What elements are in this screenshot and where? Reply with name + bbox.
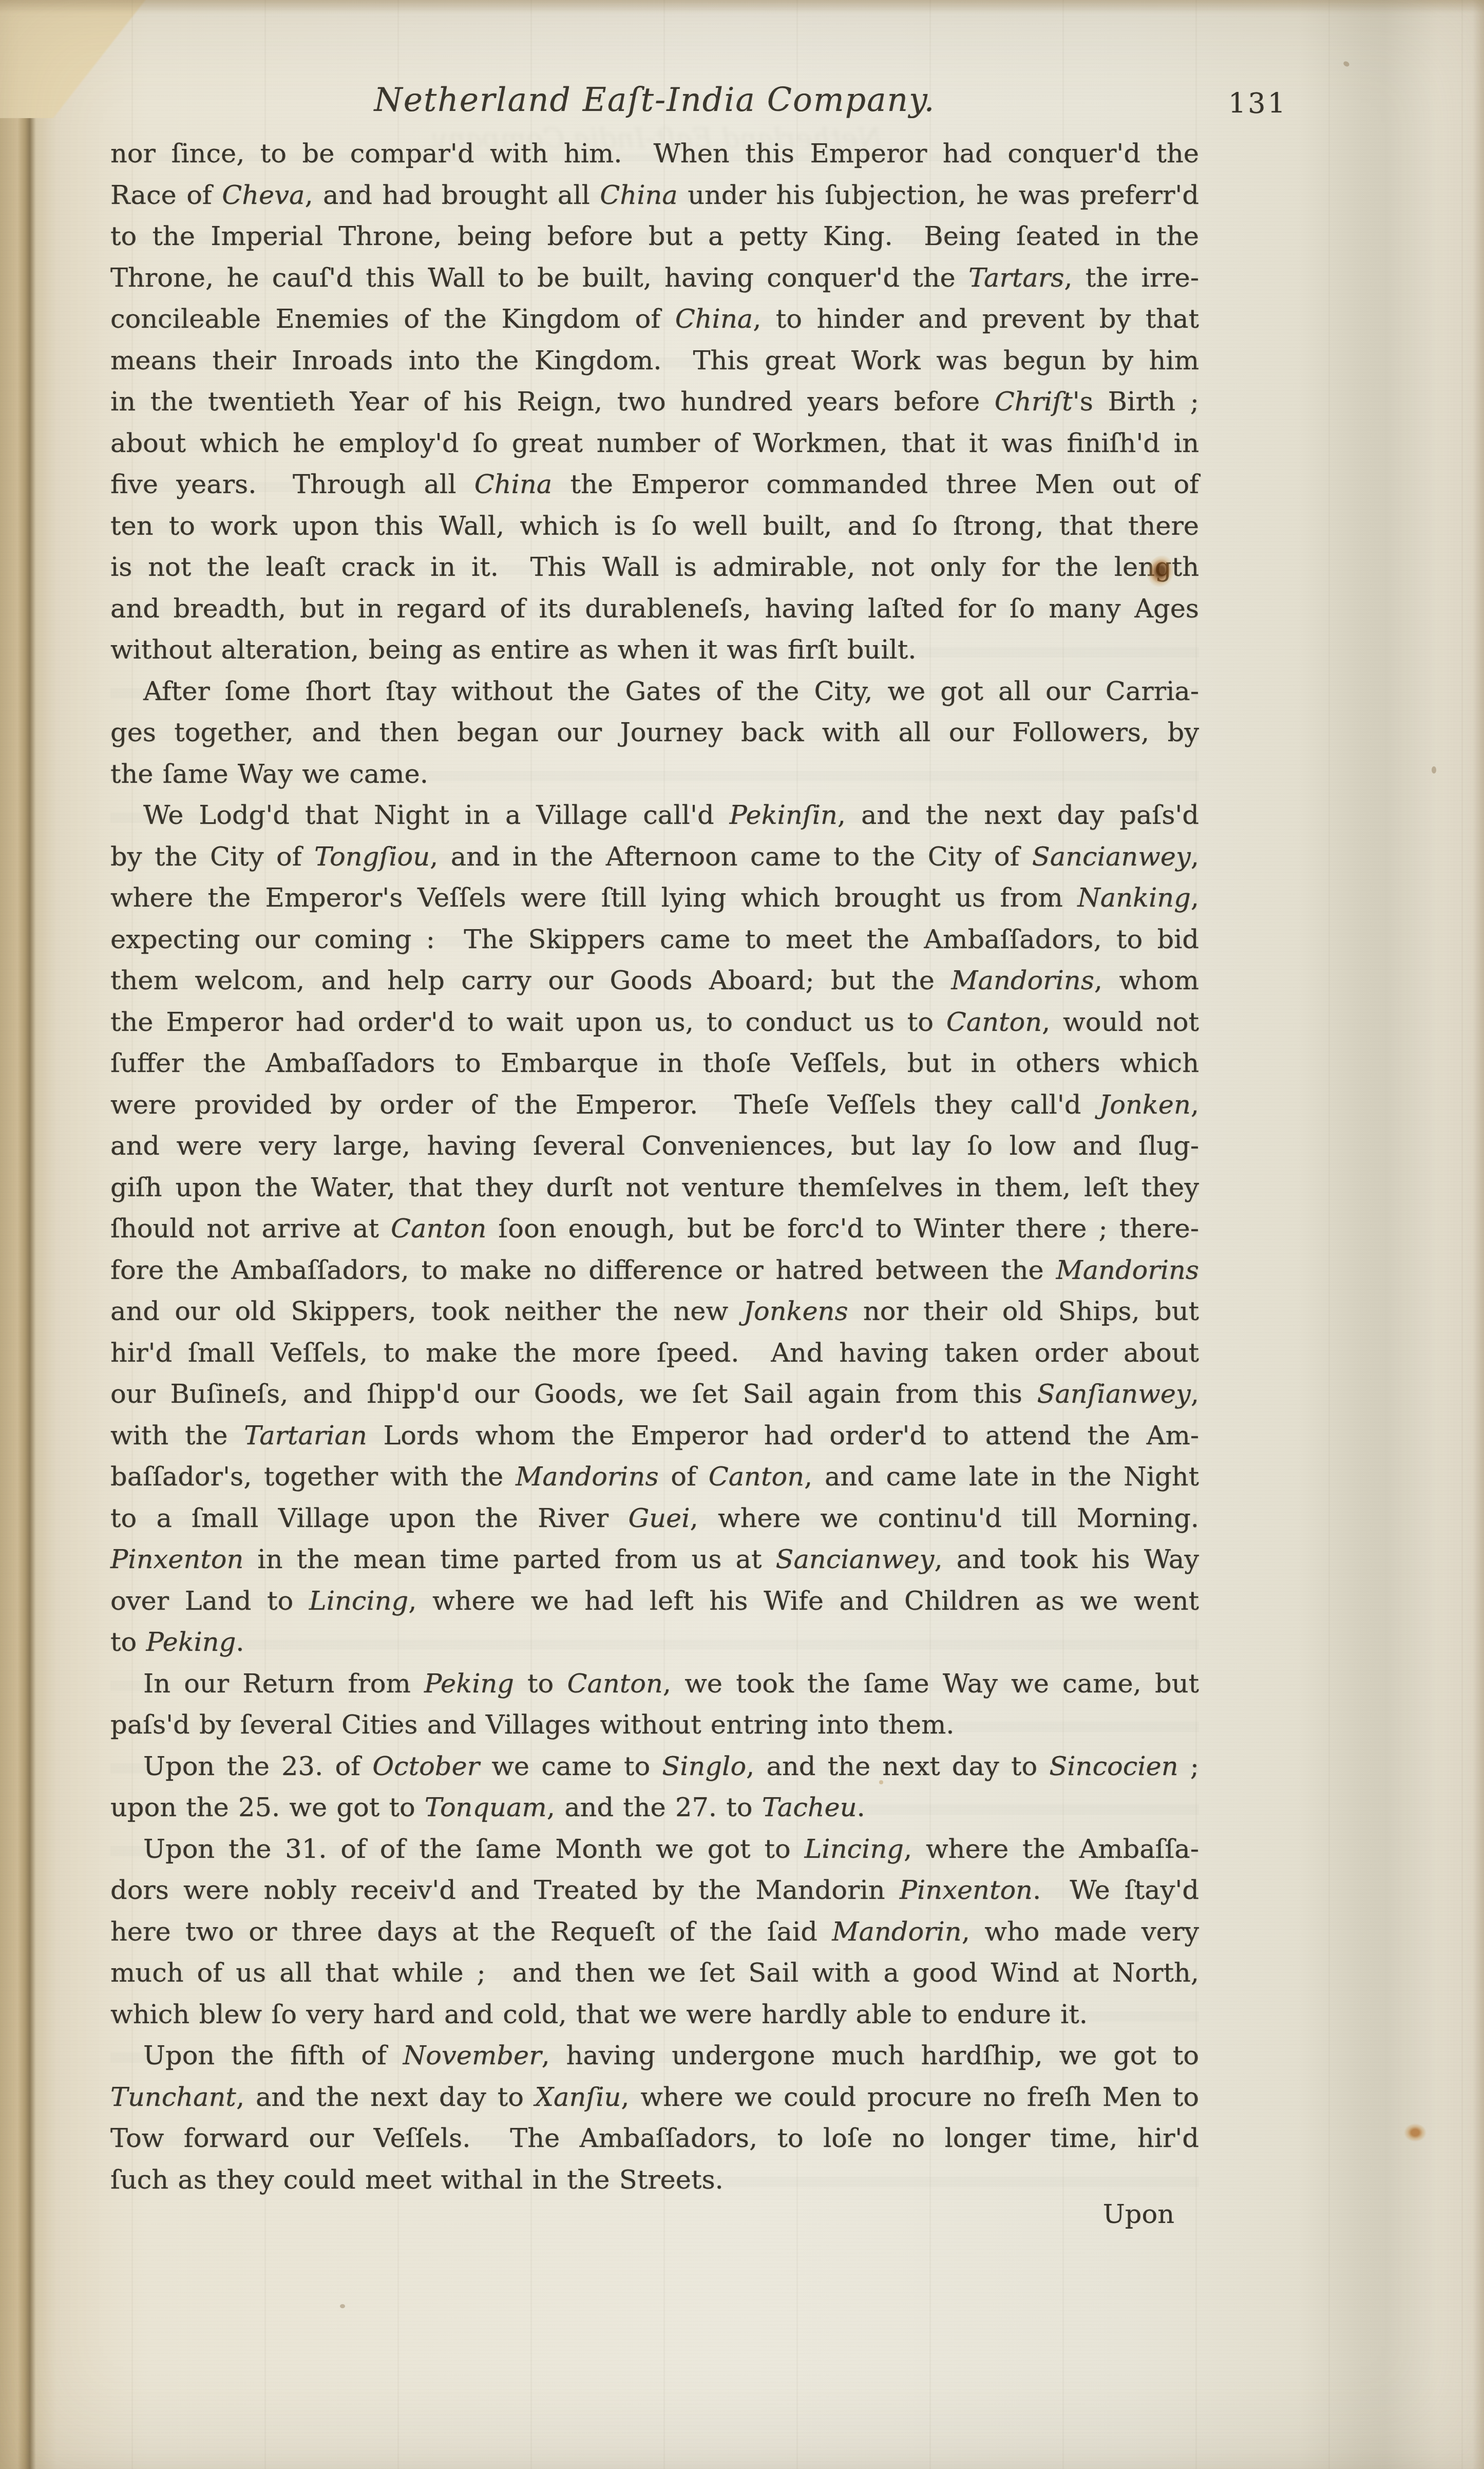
italic-text-segment: Guei bbox=[628, 1503, 690, 1534]
text-line: giſh upon the Water, that they durſt not… bbox=[110, 1167, 1199, 1209]
text-line: about which he employ'd ſo great number … bbox=[110, 423, 1199, 465]
text-line: and were very large, having ſeveral Conv… bbox=[110, 1126, 1199, 1167]
text-segment: means their Inroads into the Kingdom. Th… bbox=[110, 346, 1199, 376]
text-line: to Peking. bbox=[110, 1622, 1199, 1664]
text-line: Race of Cheva, and had brought all China… bbox=[110, 175, 1199, 217]
text-line: concileable Enemies of the Kingdom of Ch… bbox=[110, 299, 1199, 341]
italic-text-segment: Mandorins bbox=[516, 1462, 659, 1492]
text-segment: expecting our coming : The Skippers came… bbox=[110, 925, 1199, 955]
text-line: and our old Skippers, took neither the n… bbox=[110, 1291, 1199, 1333]
text-segment: ſhould not arrive at bbox=[110, 1214, 391, 1244]
italic-text-segment: Singlo bbox=[662, 1751, 746, 1782]
italic-text-segment: Sincocien bbox=[1049, 1751, 1178, 1782]
text-segment: fore the Ambaſſadors, to make no differe… bbox=[110, 1255, 1056, 1286]
text-segment: ten to work upon this Wall, which is ſo … bbox=[110, 511, 1199, 541]
text-segment: , and in the Afternoon came to the City … bbox=[430, 842, 1032, 872]
italic-text-segment: Peking bbox=[146, 1627, 236, 1657]
text-line: Pinxenton in the mean time parted from u… bbox=[110, 1539, 1199, 1581]
text-segment: , where we continu'd till Morning. bbox=[690, 1503, 1199, 1534]
italic-text-segment: Mandorins bbox=[951, 966, 1094, 996]
text-segment: , bbox=[1191, 842, 1199, 872]
text-line: which blew ſo very hard and cold, that w… bbox=[110, 1994, 1199, 2036]
text-segment: ges together, and then began our Journey… bbox=[110, 718, 1199, 748]
book-page-scan: Netherland Eaſt-India Company. Netherlan… bbox=[0, 0, 1484, 2469]
text-segment: to a ſmall Village upon the River bbox=[110, 1503, 628, 1534]
text-segment: nor ſince, to be compar'd with him. When… bbox=[110, 139, 1199, 169]
text-segment: paſs'd by ſeveral Cities and Villages wi… bbox=[110, 1710, 954, 1740]
text-segment: Lords whom the Emperor had order'd to at… bbox=[367, 1421, 1199, 1451]
italic-text-segment: Peking bbox=[424, 1669, 514, 1699]
italic-text-segment: Jonken bbox=[1099, 1090, 1191, 1120]
italic-text-segment: Pekinſin bbox=[730, 800, 838, 831]
text-line: much of us all that while ; and then we … bbox=[110, 1953, 1199, 1994]
text-segment: Upon the fifth of bbox=[143, 2041, 403, 2071]
text-line: Throne, he cauſ'd this Wall to be built,… bbox=[110, 258, 1199, 299]
text-segment: 's Birth ; bbox=[1073, 387, 1199, 417]
text-line: expecting our coming : The Skippers came… bbox=[110, 919, 1199, 961]
text-segment: nor their old Ships, but bbox=[848, 1296, 1199, 1327]
page-edge-left bbox=[0, 0, 56, 2469]
text-line: by the City of Tongſiou, and in the Afte… bbox=[110, 837, 1199, 878]
text-line: Upon the fifth of November, having under… bbox=[110, 2035, 1199, 2077]
text-segment: , to hinder and prevent by that bbox=[753, 304, 1199, 334]
text-segment: baſſador's, together with the bbox=[110, 1462, 516, 1492]
italic-text-segment: November bbox=[403, 2041, 542, 2071]
text-segment: five years. Through all bbox=[110, 469, 474, 500]
text-segment: Upon the 31. of of the ſame Month we got… bbox=[143, 1834, 804, 1864]
text-segment: ; bbox=[1178, 1751, 1199, 1782]
text-segment: , whom bbox=[1094, 966, 1199, 996]
text-line: ſhould not arrive at Canton ſoon enough,… bbox=[110, 1209, 1199, 1250]
paper-speck bbox=[1343, 61, 1350, 68]
text-segment: upon the 25. we got to bbox=[110, 1793, 425, 1823]
text-line: them welcom, and help carry our Goods Ab… bbox=[110, 960, 1199, 1002]
italic-text-segment: China bbox=[600, 180, 677, 211]
text-segment: Upon the 23. of bbox=[143, 1751, 372, 1782]
italic-text-segment: Tunchant bbox=[110, 2082, 236, 2113]
italic-text-segment: Tacheu bbox=[762, 1793, 857, 1823]
text-segment: , and the next day to bbox=[236, 2082, 535, 2113]
text-segment: dors were nobly receiv'd and Treated by … bbox=[110, 1875, 900, 1906]
text-segment: concileable Enemies of the Kingdom of bbox=[110, 304, 675, 334]
text-segment: In our Return from bbox=[143, 1669, 424, 1699]
text-line: the Emperor had order'd to wait upon us,… bbox=[110, 1002, 1199, 1044]
text-segment: , and had brought all bbox=[305, 180, 600, 211]
page-number: 131 bbox=[1228, 87, 1287, 120]
text-line: in the twentieth Year of his Reign, two … bbox=[110, 382, 1199, 423]
text-segment: , and took his Way bbox=[934, 1544, 1199, 1575]
text-segment: ſuffer the Ambaſſadors to Embarque in th… bbox=[110, 1048, 1199, 1079]
text-segment: under his ſubjection, he was preferr'd bbox=[678, 180, 1199, 211]
text-segment: , and the 27. to bbox=[547, 1793, 762, 1823]
text-segment: them welcom, and help carry our Goods Ab… bbox=[110, 966, 951, 996]
text-segment: We Lodg'd that Night in a Village call'd bbox=[143, 800, 730, 831]
text-segment: we came to bbox=[480, 1751, 662, 1782]
text-segment: , having undergone much hardſhip, we got… bbox=[542, 2041, 1199, 2071]
text-line: five years. Through all China the Empero… bbox=[110, 464, 1199, 506]
text-segment: . bbox=[236, 1627, 244, 1657]
text-segment: and were very large, having ſeveral Conv… bbox=[110, 1131, 1199, 1161]
text-segment: ſuch as they could meet withal in the St… bbox=[110, 2165, 724, 2195]
text-segment: in the mean time parted from us at bbox=[243, 1544, 775, 1575]
text-segment: over Land to bbox=[110, 1586, 309, 1616]
italic-text-segment: Nanking bbox=[1077, 883, 1191, 913]
text-line: hir'd ſmall Veſſels, to make the more ſp… bbox=[110, 1333, 1199, 1374]
italic-text-segment: Sancianwey bbox=[775, 1544, 934, 1575]
text-segment: by the City of bbox=[110, 842, 314, 872]
italic-text-segment: Tongſiou bbox=[314, 842, 430, 872]
text-line: were provided by order of the Emperor. T… bbox=[110, 1085, 1199, 1126]
italic-text-segment: Tonquam bbox=[425, 1793, 547, 1823]
italic-text-segment: Jonkens bbox=[744, 1296, 848, 1327]
text-segment: with the bbox=[110, 1421, 244, 1451]
running-header-title: Netherland Eaſt-India Company. bbox=[374, 81, 936, 119]
text-segment: hir'd ſmall Veſſels, to make the more ſp… bbox=[110, 1338, 1199, 1368]
text-line: without alteration, being as entire as w… bbox=[110, 630, 1199, 671]
text-segment: in the twentieth Year of his Reign, two … bbox=[110, 387, 995, 417]
text-segment: . We ſtay'd bbox=[1033, 1875, 1199, 1906]
text-line: Tow forward our Veſſels. The Ambaſſadors… bbox=[110, 2118, 1199, 2160]
text-line: ſuffer the Ambaſſadors to Embarque in th… bbox=[110, 1043, 1199, 1085]
italic-text-segment: Pinxenton bbox=[900, 1875, 1033, 1906]
italic-text-segment: Tartars bbox=[968, 263, 1064, 293]
page-shading-right bbox=[1299, 0, 1438, 2469]
text-segment: , who made very bbox=[962, 1917, 1199, 1947]
text-segment: , bbox=[1191, 1379, 1199, 1409]
text-line: nor ſince, to be compar'd with him. When… bbox=[110, 134, 1199, 175]
text-line: our Buſineſs, and ſhipp'd our Goods, we … bbox=[110, 1374, 1199, 1416]
text-line: to a ſmall Village upon the River Guei, … bbox=[110, 1498, 1199, 1540]
running-header: Netherland Eaſt-India Company. bbox=[110, 81, 1199, 119]
text-line: dors were nobly receiv'd and Treated by … bbox=[110, 1870, 1199, 1912]
text-line: Upon the 23. of October we came to Singl… bbox=[110, 1746, 1199, 1788]
text-segment: Tow forward our Veſſels. The Ambaſſadors… bbox=[110, 2123, 1199, 2154]
italic-text-segment: Cheva bbox=[222, 180, 305, 211]
text-line: and breadth, but in regard of its durabl… bbox=[110, 589, 1199, 630]
italic-text-segment: Canton bbox=[391, 1214, 486, 1244]
text-segment: to the Imperial Throne, being before but… bbox=[110, 221, 1199, 252]
text-segment: , bbox=[1191, 883, 1199, 913]
text-line: fore the Ambaſſadors, to make no differe… bbox=[110, 1250, 1199, 1292]
catchword: Upon bbox=[110, 2194, 1199, 2236]
italic-text-segment: Mandorin bbox=[832, 1917, 961, 1947]
text-segment: , bbox=[1191, 1090, 1199, 1120]
italic-text-segment: Canton bbox=[946, 1007, 1042, 1038]
text-line: to the Imperial Throne, being before but… bbox=[110, 216, 1199, 258]
text-segment: , would not bbox=[1042, 1007, 1199, 1038]
text-segment: without alteration, being as entire as w… bbox=[110, 635, 917, 665]
text-line: with the Tartarian Lords whom the Empero… bbox=[110, 1416, 1199, 1457]
italic-text-segment: Mandorins bbox=[1056, 1255, 1199, 1286]
page-edge-top bbox=[0, 0, 1484, 13]
text-segment: about which he employ'd ſo great number … bbox=[110, 428, 1199, 459]
text-segment: the ſame Way we came. bbox=[110, 759, 428, 789]
text-segment: the Emperor commanded three Men out of bbox=[552, 469, 1199, 500]
italic-text-segment: Xanſiu bbox=[535, 2082, 621, 2113]
text-line: ten to work upon this Wall, which is ſo … bbox=[110, 506, 1199, 548]
text-segment: , we took the ſame Way we came, but bbox=[663, 1669, 1199, 1699]
text-segment: here two or three days at the Requeſt of… bbox=[110, 1917, 832, 1947]
text-segment: After ſome ſhort ſtay without the Gates … bbox=[143, 676, 1199, 707]
text-line: Upon the 31. of of the ſame Month we got… bbox=[110, 1829, 1199, 1871]
text-segment: of bbox=[659, 1462, 709, 1492]
text-segment: and our old Skippers, took neither the n… bbox=[110, 1296, 744, 1327]
text-line: the ſame Way we came. bbox=[110, 754, 1199, 796]
italic-text-segment: Sancianwey bbox=[1032, 842, 1191, 872]
text-segment: is not the leaſt crack in it. This Wall … bbox=[110, 552, 1199, 582]
italic-text-segment: Chriſt bbox=[995, 387, 1073, 417]
text-line: where the Emperor's Veſſels were ſtill l… bbox=[110, 878, 1199, 919]
text-line: In our Return from Peking to Canton, we … bbox=[110, 1664, 1199, 1705]
paper-speck bbox=[1432, 766, 1436, 774]
text-segment: , where we could procure no freſh Men to bbox=[621, 2082, 1199, 2113]
italic-text-segment: China bbox=[474, 469, 552, 500]
paper-speck bbox=[879, 1780, 883, 1784]
text-segment: the Emperor had order'd to wait upon us,… bbox=[110, 1007, 946, 1038]
italic-text-segment: Lincing bbox=[804, 1834, 903, 1864]
text-segment: where the Emperor's Veſſels were ſtill l… bbox=[110, 883, 1077, 913]
text-segment: which blew ſo very hard and cold, that w… bbox=[110, 2000, 1088, 2030]
text-segment: . bbox=[857, 1793, 865, 1823]
text-line: is not the leaſt crack in it. This Wall … bbox=[110, 547, 1199, 589]
text-line: baſſador's, together with the Mandorins … bbox=[110, 1457, 1199, 1498]
text-segment: , where we had left his Wife and Childre… bbox=[408, 1586, 1199, 1616]
text-segment: giſh upon the Water, that they durſt not… bbox=[110, 1173, 1199, 1203]
text-line: means their Inroads into the Kingdom. Th… bbox=[110, 341, 1199, 382]
italic-text-segment: Canton bbox=[709, 1462, 804, 1492]
italic-text-segment: Sanſianwey bbox=[1037, 1379, 1191, 1409]
text-segment: to bbox=[110, 1627, 146, 1657]
italic-text-segment: Pinxenton bbox=[110, 1544, 243, 1575]
text-segment: ſoon enough, but be forc'd to Winter the… bbox=[486, 1214, 1199, 1244]
text-segment: , and the next day paſs'd bbox=[838, 800, 1199, 831]
italic-text-segment: October bbox=[372, 1751, 480, 1782]
text-line: upon the 25. we got to Tonquam, and the … bbox=[110, 1787, 1199, 1829]
text-segment: , and the next day to bbox=[746, 1751, 1049, 1782]
text-line: over Land to Lincing, where we had left … bbox=[110, 1581, 1199, 1623]
text-block: nor ſince, to be compar'd with him. When… bbox=[110, 134, 1199, 2201]
text-line: paſs'd by ſeveral Cities and Villages wi… bbox=[110, 1705, 1199, 1746]
text-segment: much of us all that while ; and then we … bbox=[110, 1958, 1199, 1988]
page-edge-right bbox=[1473, 0, 1484, 2469]
text-line: ges together, and then began our Journey… bbox=[110, 712, 1199, 754]
italic-text-segment: Canton bbox=[567, 1669, 662, 1699]
paper-speck bbox=[340, 2304, 345, 2308]
text-segment: , the irre- bbox=[1064, 263, 1199, 293]
text-line: We Lodg'd that Night in a Village call'd… bbox=[110, 795, 1199, 837]
text-line: After ſome ſhort ſtay without the Gates … bbox=[110, 671, 1199, 713]
rust-stain bbox=[1404, 2123, 1426, 2142]
text-segment: Throne, he cauſ'd this Wall to be built,… bbox=[110, 263, 968, 293]
italic-text-segment: Tartarian bbox=[244, 1421, 367, 1451]
text-segment: Race of bbox=[110, 180, 222, 211]
text-segment: , where the Ambaſſa- bbox=[904, 1834, 1199, 1864]
text-line: here two or three days at the Requeſt of… bbox=[110, 1912, 1199, 1953]
text-segment: to bbox=[514, 1669, 567, 1699]
text-segment: and breadth, but in regard of its durabl… bbox=[110, 594, 1199, 624]
italic-text-segment: China bbox=[675, 304, 753, 334]
text-segment: our Buſineſs, and ſhipp'd our Goods, we … bbox=[110, 1379, 1037, 1409]
text-segment: , and came late in the Night bbox=[804, 1462, 1199, 1492]
text-line: Tunchant, and the next day to Xanſiu, wh… bbox=[110, 2077, 1199, 2119]
text-segment: were provided by order of the Emperor. T… bbox=[110, 1090, 1099, 1120]
italic-text-segment: Lincing bbox=[309, 1586, 408, 1616]
